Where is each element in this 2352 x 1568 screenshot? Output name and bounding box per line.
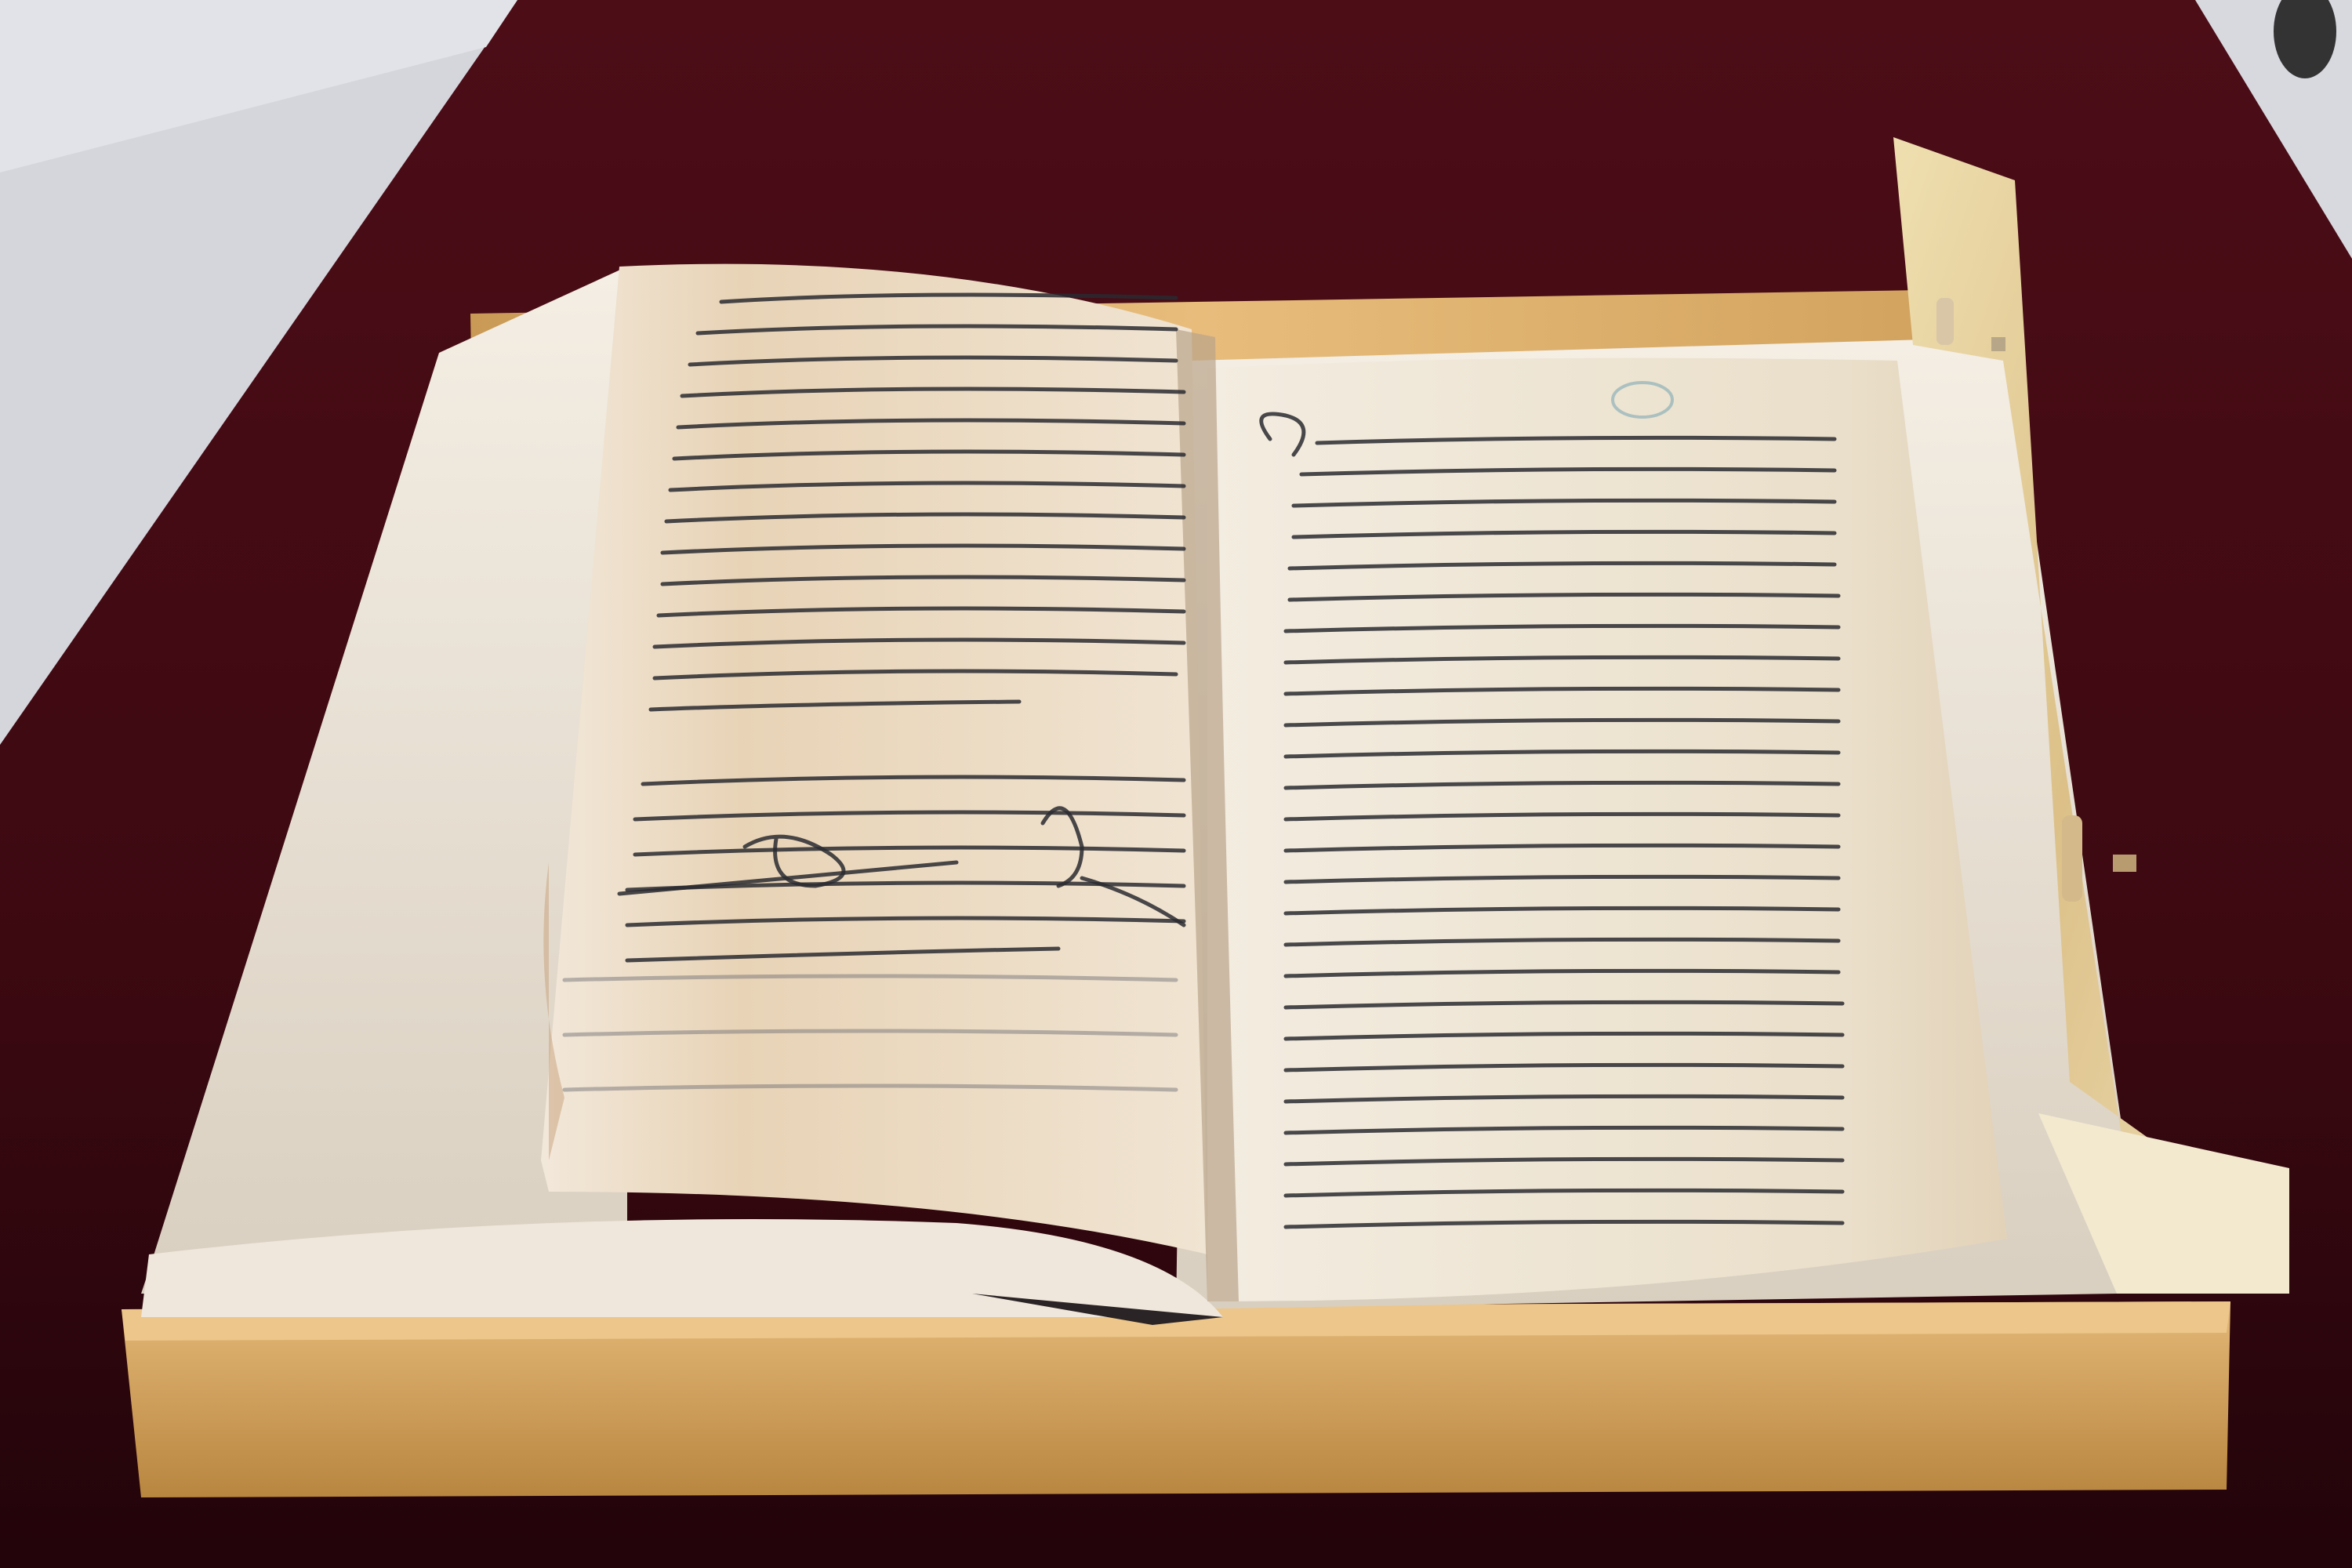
left-page <box>541 264 1207 1254</box>
manuscript-photo <box>0 0 2352 1568</box>
tie-tab-bottom <box>2062 815 2082 902</box>
photo-scene <box>0 0 2352 1568</box>
tie-tab-top <box>1936 298 1954 345</box>
